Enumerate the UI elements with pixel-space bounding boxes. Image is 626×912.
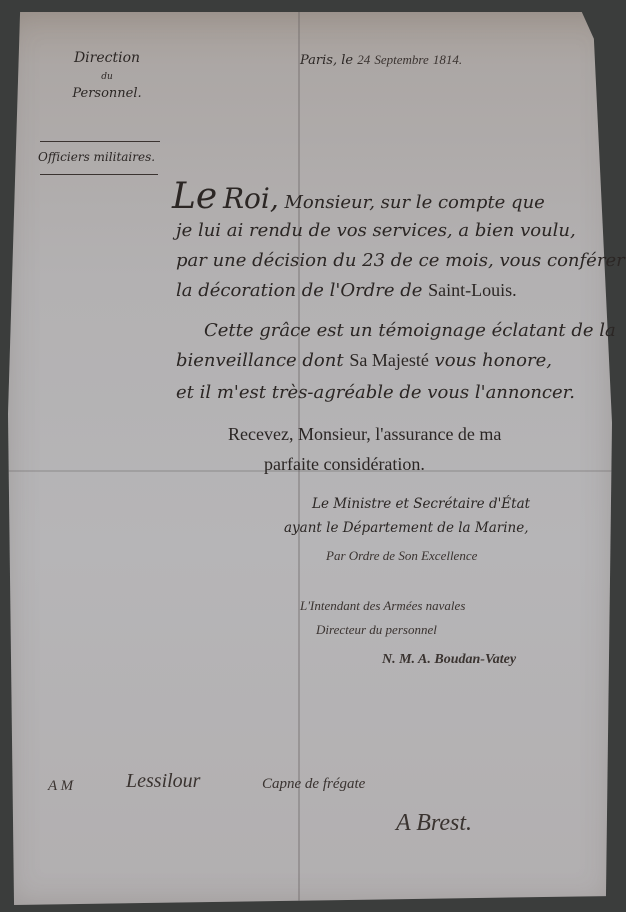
body-line: et il m'est très-agréable de vous l'anno… — [176, 382, 575, 403]
service-rule — [40, 174, 158, 175]
date-year: 1814. — [433, 52, 462, 67]
department-line2: du — [52, 72, 162, 82]
body-text: vous honore, — [435, 350, 552, 371]
order-name: Saint-Louis. — [428, 280, 517, 300]
date-month: Septembre — [374, 52, 428, 67]
date-prefix: Paris, le — [300, 53, 353, 68]
opening-roi: Roi, — [223, 182, 279, 215]
body-line: Le Roi, Monsieur, sur le compte que — [172, 176, 545, 217]
body-line: par une décision du 23 de ce mois, vous … — [176, 250, 625, 271]
handwritten-director: Directeur du personnel — [316, 622, 437, 638]
body-text: bienveillance dont — [176, 350, 344, 371]
department-header: Direction du Personnel. — [52, 50, 162, 101]
header-rule — [40, 141, 160, 142]
body-text: la décoration de l'Ordre de — [176, 280, 422, 301]
minister-title: Le Ministre et Secrétaire d'État — [312, 496, 530, 512]
department-line1: Direction — [52, 50, 162, 66]
handwritten-order: Par Ordre de Son Excellence — [326, 548, 477, 564]
service-label: Officiers militaires. — [38, 150, 155, 164]
majesty: Sa Majesté — [349, 350, 428, 370]
dateline: Paris, le 24 Septembre 1814. — [300, 52, 462, 68]
closing-line: Recevez, Monsieur, l'assurance de ma — [228, 424, 501, 445]
addressee-rank: Capne de frégate — [262, 776, 365, 793]
addressee-name: Lessilour — [126, 770, 200, 793]
addressee-location: A Brest. — [396, 810, 472, 837]
department-title: ayant le Département de la Marine, — [284, 520, 529, 536]
addressee-prefix: A M — [48, 778, 73, 795]
body-line: bienveillance dont Sa Majesté vous honor… — [176, 350, 552, 371]
signature-name: N. M. A. Boudan-Vatey — [382, 652, 516, 668]
body-line: la décoration de l'Ordre de Saint-Louis. — [176, 280, 517, 301]
body-line: Cette grâce est un témoignage éclatant d… — [204, 320, 616, 341]
handwritten-intendant: L'Intendant des Armées navales — [300, 598, 465, 614]
opening-le: Le — [172, 176, 217, 217]
department-line3: Personnel. — [52, 86, 162, 101]
date-day: 24 — [357, 52, 370, 67]
body-text: Monsieur, sur le compte que — [284, 192, 544, 213]
body-line: je lui ai rendu de vos services, a bien … — [176, 220, 576, 241]
closing-line: parfaite considération. — [264, 454, 425, 475]
